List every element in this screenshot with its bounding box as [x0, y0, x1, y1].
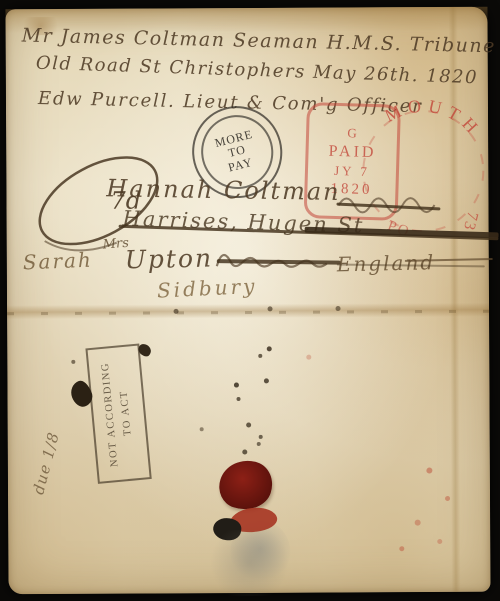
wax-seal-fragment	[228, 505, 278, 534]
town-circle-stamp: MOUTH 73 PO	[348, 91, 499, 242]
wax-seal	[214, 453, 279, 516]
addressee-name: Hannah Coltman	[106, 174, 341, 206]
letter-cover: Mr James Coltman Seaman H.M.S. Tribune O…	[5, 7, 490, 595]
photo-stage: Mr James Coltman Seaman H.M.S. Tribune O…	[0, 0, 500, 601]
town-circle-number: 73	[460, 210, 482, 234]
endorsement-line-2: Old Road St Christophers May 26th. 1820	[36, 53, 479, 89]
town-circle-arc-text: MOUTH	[381, 95, 485, 141]
redirect-first-name: Sarah	[22, 248, 93, 275]
seal-residue	[230, 520, 290, 584]
endorsement-line-1: Mr James Coltman Seaman H.M.S. Tribune	[21, 25, 496, 58]
due-note: due 1/8	[29, 430, 63, 497]
redirect-surname: Upton	[124, 243, 213, 274]
ink-speckles	[5, 9, 7, 11]
redirect-town: Sidbury	[156, 274, 258, 303]
fold-crease-marks	[7, 310, 489, 316]
horizontal-fold-crease	[7, 303, 489, 320]
not-according-to-act-stamp: NOT ACCORDING TO ACT	[85, 343, 151, 483]
not-according-stamp-area: NOT ACCORDING TO ACT	[81, 343, 152, 483]
gray-smudge	[204, 530, 294, 596]
not-according-line2: TO ACT	[116, 389, 136, 436]
red-speckles	[5, 9, 8, 12]
ink-seal-blot	[212, 516, 243, 542]
svg-text:MOUTH: MOUTH	[381, 95, 485, 141]
